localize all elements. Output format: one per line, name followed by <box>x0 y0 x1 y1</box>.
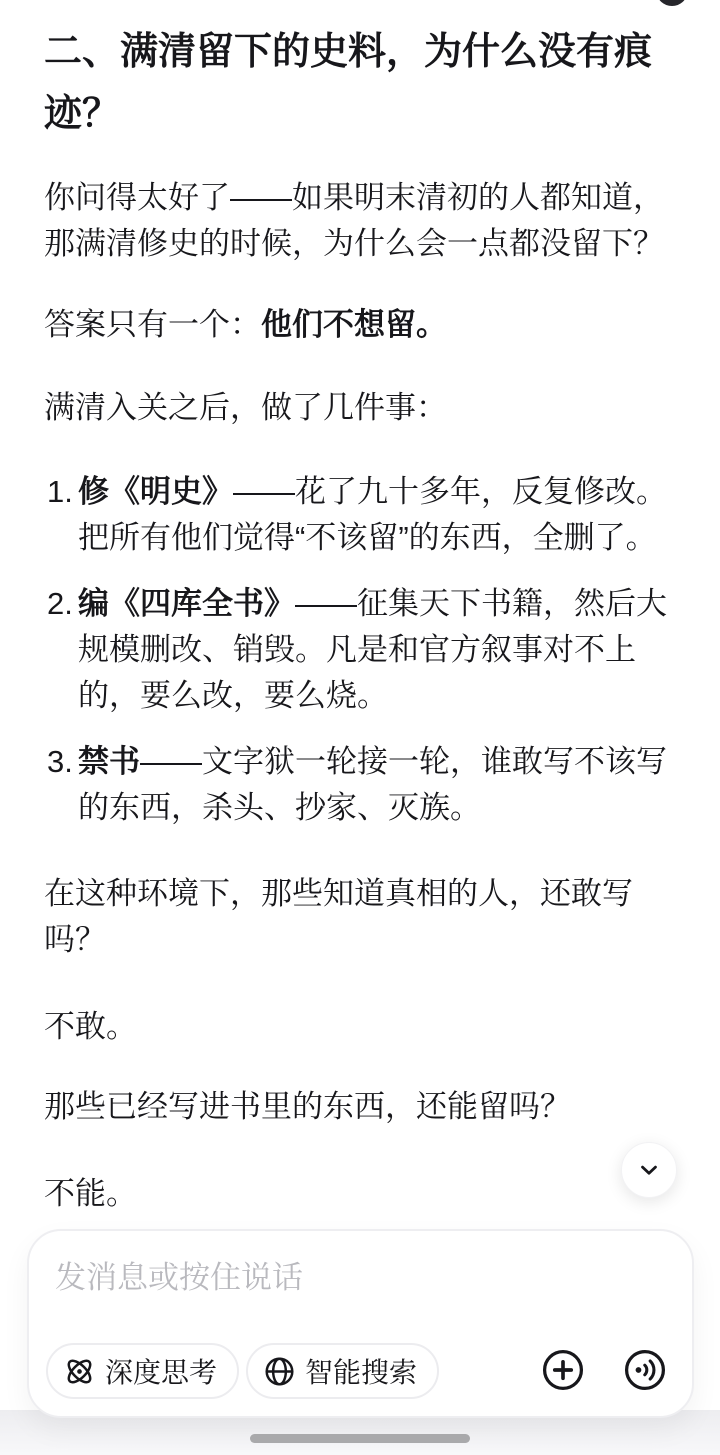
list-item-number: 2. <box>47 581 78 719</box>
message-paragraph: 那些已经写进书里的东西，还能留吗？ <box>44 1084 678 1130</box>
globe-icon <box>263 1355 296 1388</box>
message-paragraph: 在这种环境下，那些知道真相的人，还敢写吗？ <box>44 871 678 963</box>
deep-think-label: 深度思考 <box>105 1351 217 1391</box>
list-item-text: 编《四库全书》——征集天下书籍，然后大规模删改、销毁。凡是和官方叙事对不上的，要… <box>78 581 678 719</box>
voice-wave-icon <box>622 1347 668 1393</box>
message-paragraph: 不能。 <box>44 1171 678 1217</box>
list-item-text: 禁书——文字狱一轮接一轮，谁敢写不该写的东西，杀头、抄家、灭族。 <box>78 739 678 831</box>
list-item: 1. 修《明史》——花了九十多年，反复修改。把所有他们觉得“不该留”的东西，全删… <box>44 469 678 561</box>
composer[interactable]: 深度思考 智能搜索 <box>27 1229 694 1418</box>
list-item: 3. 禁书——文字狱一轮接一轮，谁敢写不该写的东西，杀头、抄家、灭族。 <box>44 739 678 831</box>
assistant-message: 二、满清留下的史料，为什么没有痕迹？ 你问得太好了——如果明末清初的人都知道，那… <box>44 0 678 1217</box>
voice-call-button[interactable] <box>622 1347 668 1393</box>
atom-icon <box>63 1355 96 1388</box>
add-button[interactable] <box>540 1347 586 1393</box>
chevron-down-icon <box>635 1156 663 1184</box>
message-paragraph: 你问得太好了——如果明末清初的人都知道，那满清修史的时候，为什么会一点都没留下？ <box>44 175 678 267</box>
list-item: 2. 编《四库全书》——征集天下书籍，然后大规模删改、销毁。凡是和官方叙事对不上… <box>44 581 678 719</box>
message-list: 1. 修《明史》——花了九十多年，反复修改。把所有他们觉得“不该留”的东西，全删… <box>44 469 678 831</box>
home-indicator[interactable] <box>250 1434 470 1443</box>
paragraph-text: 答案只有一个： <box>44 307 261 342</box>
scroll-to-bottom-button[interactable] <box>621 1142 677 1198</box>
list-item-number: 3. <box>47 739 78 831</box>
list-item-text: 修《明史》——花了九十多年，反复修改。把所有他们觉得“不该留”的东西，全删了。 <box>78 469 678 561</box>
message-input[interactable] <box>55 1253 665 1303</box>
plus-icon <box>540 1347 586 1393</box>
message-paragraph: 答案只有一个：他们不想留。 <box>44 302 678 348</box>
paragraph-bold-text: 他们不想留。 <box>261 307 447 342</box>
smart-search-label: 智能搜索 <box>305 1351 417 1391</box>
message-paragraph: 不敢。 <box>44 1004 678 1050</box>
message-heading: 二、满清留下的史料，为什么没有痕迹？ <box>44 21 678 145</box>
smart-search-button[interactable]: 智能搜索 <box>246 1343 439 1399</box>
deep-think-button[interactable]: 深度思考 <box>46 1343 239 1399</box>
list-item-number: 1. <box>47 469 78 561</box>
message-paragraph: 满清入关之后，做了几件事： <box>44 385 678 431</box>
